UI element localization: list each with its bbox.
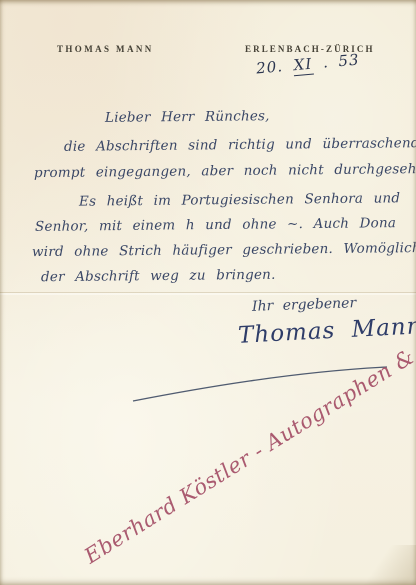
body-line: prompt eingegangen, aber noch nicht durc… xyxy=(34,160,416,182)
scan-edge-shading xyxy=(0,0,416,585)
date-year: . 53 xyxy=(322,51,360,72)
salutation-line: Lieber Herr Rünches, xyxy=(105,107,270,127)
handwritten-date: 20. XI . 53 xyxy=(255,51,360,78)
letterhead-sender-name: THOMAS MANN xyxy=(57,44,154,54)
date-month-roman: XI xyxy=(292,55,314,77)
signature-thomas-mann: Thomas Mann xyxy=(237,313,416,349)
date-day: 20. xyxy=(255,57,283,77)
body-line: Es heißt im Portugiesischen Senhora und xyxy=(79,189,400,210)
paper-corner-shadow xyxy=(326,545,416,585)
body-line: wird ohne Strich häufiger geschrieben. W… xyxy=(32,239,416,261)
body-line: die Abschriften sind richtig und überras… xyxy=(64,134,416,156)
body-line: Senhor, mit einem h und ohne ~. Auch Don… xyxy=(35,214,396,236)
signature-flourish-line xyxy=(0,0,416,585)
letter-scan: THOMAS MANN ERLENBACH-ZÜRICH 20. XI . 53… xyxy=(0,0,416,585)
body-line: der Abschrift weg zu bringen. xyxy=(41,266,276,286)
closing-valediction: Ihr ergebener xyxy=(252,295,357,315)
